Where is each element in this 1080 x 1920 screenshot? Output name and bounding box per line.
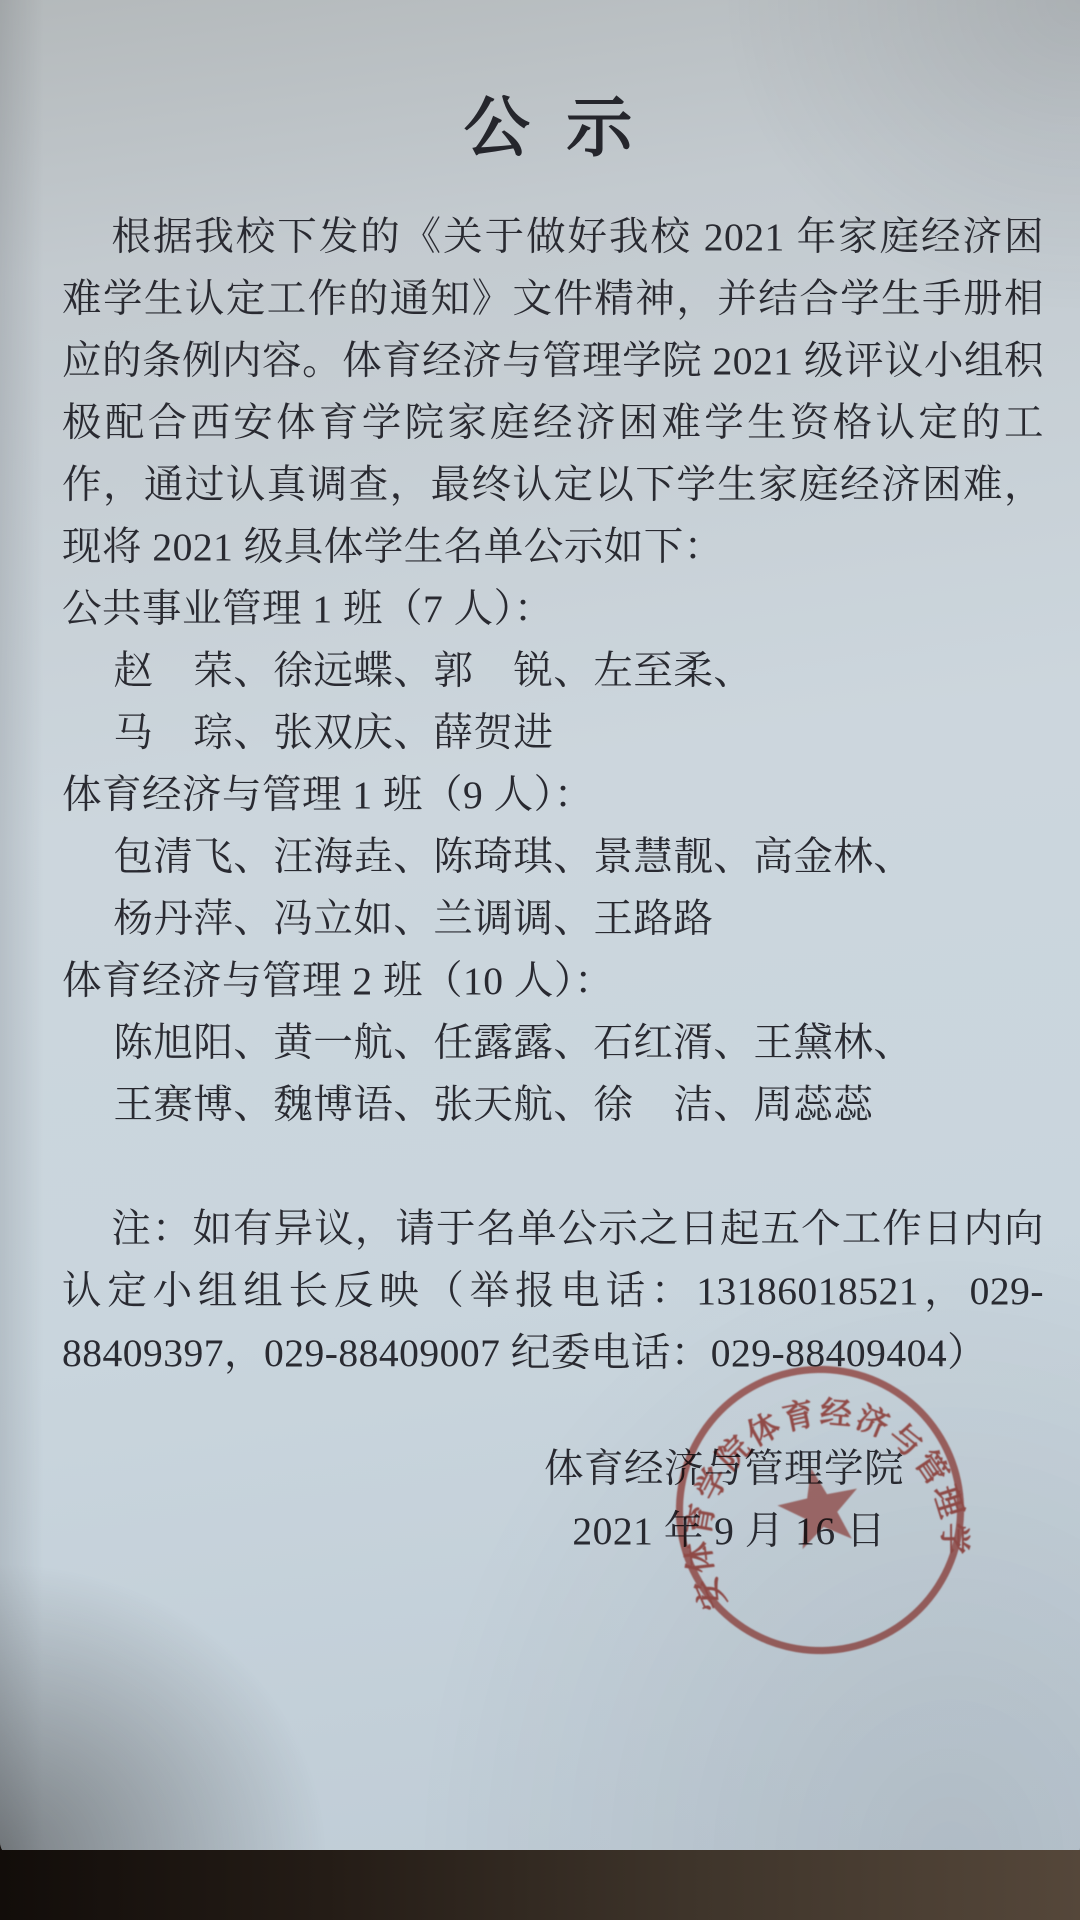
class-2-names-line-1: 包清飞、汪海垚、陈琦琪、景慧靓、高金林、 bbox=[62, 826, 1044, 888]
class-3-names-line-1: 陈旭阳、黄一航、任露露、石红湑、王黛林、 bbox=[62, 1012, 1044, 1074]
photo-background: 公 示 根据我校下发的《关于做好我校 2021 年家庭经济困难学生认定工作的通知… bbox=[0, 0, 1080, 1920]
class-1-names-line-2: 马 琮、张双庆、薛贺进 bbox=[62, 702, 1044, 764]
class-3-header: 体育经济与管理 2 班（10 人）： bbox=[62, 950, 1044, 1012]
class-3-names-line-2: 王赛博、魏博语、张天航、徐 洁、周蕊蕊 bbox=[62, 1074, 1044, 1136]
intro-paragraph: 根据我校下发的《关于做好我校 2021 年家庭经济困难学生认定工作的通知》文件精… bbox=[62, 206, 1044, 578]
class-2-header: 体育经济与管理 1 班（9 人）： bbox=[62, 764, 1044, 826]
table-surface bbox=[0, 1850, 1080, 1920]
class-section-3: 体育经济与管理 2 班（10 人）： 陈旭阳、黄一航、任露露、石红湑、王黛林、 … bbox=[62, 950, 1044, 1136]
class-section-2: 体育经济与管理 1 班（9 人）： 包清飞、汪海垚、陈琦琪、景慧靓、高金林、 杨… bbox=[62, 764, 1044, 950]
class-1-header: 公共事业管理 1 班（7 人）： bbox=[62, 578, 1044, 640]
notice-paper: 公 示 根据我校下发的《关于做好我校 2021 年家庭经济困难学生认定工作的通知… bbox=[0, 0, 1080, 1858]
seal-star-icon bbox=[771, 1460, 867, 1553]
official-seal-stamp-icon: 西安体育学院体育经济与管理学院 bbox=[621, 1311, 1020, 1710]
class-section-1: 公共事业管理 1 班（7 人）： 赵 荣、徐远蝶、郭 锐、左至柔、 马 琮、张双… bbox=[62, 578, 1044, 764]
notice-title: 公 示 bbox=[62, 88, 1044, 170]
class-2-names-line-2: 杨丹萍、冯立如、兰调调、王路路 bbox=[62, 888, 1044, 950]
class-1-names-line-1: 赵 荣、徐远蝶、郭 锐、左至柔、 bbox=[62, 640, 1044, 702]
